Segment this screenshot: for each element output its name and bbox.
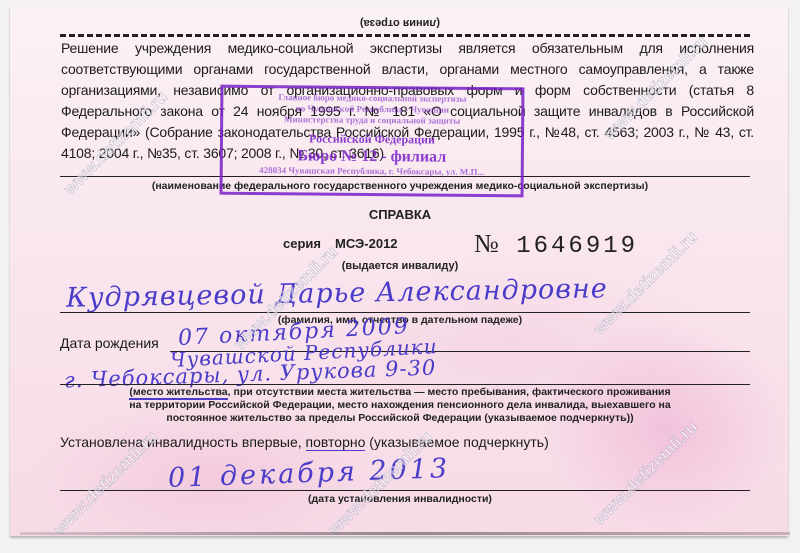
address-line — [60, 384, 750, 385]
address-caption-line-2: на территории Российской Федерации, мест… — [0, 399, 800, 412]
certificate-title: СПРАВКА — [0, 207, 800, 222]
address-caption-rest: , при отсутствии места жительства — мест… — [228, 386, 671, 398]
disability-date-line — [60, 490, 750, 491]
cut-line — [60, 34, 750, 37]
number-sign: № — [474, 229, 499, 258]
stamp-line-6: 428034 Чувашская Республика, г. Чебоксар… — [223, 165, 521, 179]
cut-line-label: (линия отреза) — [340, 17, 460, 29]
disability-label-end: (указываемое подчеркнуть) — [365, 434, 548, 450]
stamp-line-4: Российской Федерации — [223, 131, 521, 149]
stamp-line-3: Министерства труда и социальной защиты — [223, 114, 521, 128]
address-caption: (место жительства, при отсутствии места … — [0, 386, 800, 425]
birth-date-label: Дата рождения — [60, 335, 159, 351]
disability-label-start: Установлена инвалидность впервые, — [60, 434, 306, 450]
disability-label-selected: повторно — [306, 434, 366, 451]
certificate-number: № 1646919 — [474, 229, 638, 260]
series: серияМСЭ-2012 — [283, 236, 398, 251]
disability-date-caption: (дата установления инвалидности) — [0, 493, 800, 505]
paper-edge-shadow — [20, 532, 790, 535]
address-caption-underlined: (место жительства — [129, 386, 227, 400]
series-code: МСЭ-2012 — [335, 236, 398, 251]
number-value: 1646919 — [516, 233, 638, 260]
institution-stamp: Главное бюро медико-социальной экспертиз… — [220, 85, 525, 198]
series-label: серия — [283, 236, 321, 251]
name-line — [60, 312, 750, 313]
